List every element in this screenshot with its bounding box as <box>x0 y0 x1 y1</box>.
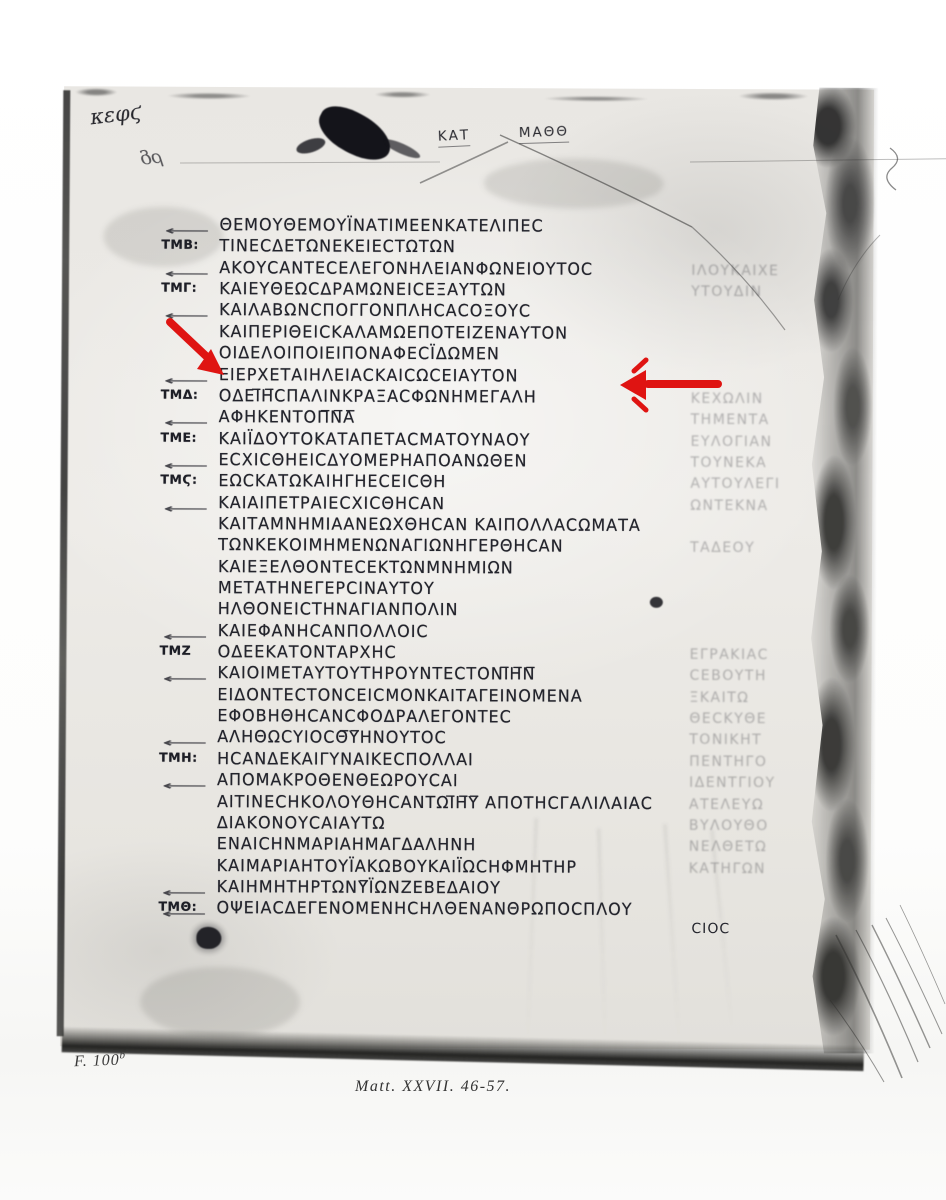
manuscript-page-photo: κεφϛ ρδ ΚΑΤ ΜΑΘΘ ΙΛΟΥΚΑΙΧΕΥΤΟΥΔΙΝΚΕΧΩΛΙΝ… <box>60 86 874 1050</box>
manuscript-line: ΔΙΑΚΟΝΟΥCΑΙΑΥΤΩ <box>217 813 386 833</box>
manuscript-line-text: ΚΑΙΪΔΟΥΤΟΚΑΤΑΠΕΤΑCΜΑΤΟΥΝΑΟΥ <box>219 428 531 449</box>
paraph-arrow-icon: ⟵ <box>162 779 209 794</box>
manuscript-line-text: ΑΙΤΙΝΕCΗΚΟΛΟΥΘΗCΑΝΤΩΙ̅Η̅Υ̅ ΑΠΟΤΗCΓΑΛΙΛΑΙ… <box>217 791 653 813</box>
paraph-arrow-icon: ⟵ <box>164 416 211 431</box>
manuscript-line: ΚΑΙΠΕΡΙΘΕΙCΚΑΛΑΜΩΕΠΟΤΕΙΖΕΝΑΥΤΟΝ <box>219 322 568 343</box>
manuscript-text-block: ⟵ΘΕΜΟΥΘΕΜΟΥΪΝΑΤΙΜΕΕΝΚΑΤΕΛΙΠΕCΤΜΒ:ΤΙΝΕCΔΕ… <box>60 86 874 1050</box>
facsimile-scan: { "photo": { "header": { "kephalaion_not… <box>0 0 946 1200</box>
manuscript-line: ⟵ΕΙΕΡΧΕΤΑΙΗΛΕΙΑCΚΑΙCΩCΕΙΑΥΤΟΝ <box>219 364 519 384</box>
manuscript-line-text: ΔΙΑΚΟΝΟΥCΑΙΑΥΤΩ <box>217 812 386 832</box>
manuscript-line: ΚΑΙΜΑΡΙΑΗΤΟΥΪΑΚΩΒΟΥΚΑΙΪΩCΗΦΜΗΤΗΡ <box>217 855 577 876</box>
manuscript-line: ΤΜϚ:ΕΩCΚΑΤΩΚΑΙΗΓΗΕCΕΙCΘΗ <box>218 471 446 491</box>
eusebian-section-number: ΤΜΗ: <box>159 749 198 764</box>
manuscript-line: ⟵ΑΛΗΘΩCΥΙΟCΘ̅Υ̅ΗΝΟΥΤΟC <box>217 727 447 747</box>
manuscript-line: ⟵ΚΑΙΟΙΜΕΤΑΥΤΟΥΤΗΡΟΥΝΤΕCΤΟΝΙ̅Η̅Ν̅ <box>217 663 535 683</box>
paraph-arrow-icon: ⟵ <box>163 501 210 516</box>
plate-caption: Matt. XXVII. 46-57. <box>355 1078 511 1096</box>
manuscript-line: ⟵ΚΑΙΗΜΗΤΗΡΤΩΝΥ̅ΪΩΝΖΕΒΕΔΑΙΟΥ <box>217 877 501 897</box>
manuscript-line: ⟵ΑΚΟΥCΑΝΤΕCΕΛΕΓΟΝΗΛΕΙΑΝΦΩΝΕΙΟΥΤΟC <box>219 258 593 279</box>
manuscript-line-text: ΟΨΕΙΑCΔΕΓΕΝΟΜΕΝΗCΗΛΘΕΝΑΝΘΡΩΠΟCΠΛΟΥ <box>216 898 632 920</box>
manuscript-line: ΤΜΘ:⟵ΟΨΕΙΑCΔΕΓΕΝΟΜΕΝΗCΗΛΘΕΝΑΝΘΡΩΠΟCΠΛΟΥ <box>216 898 632 919</box>
paraph-arrow-icon: ⟵ <box>162 736 209 751</box>
manuscript-line: ⟵ΑΠΟΜΑΚΡΟΘΕΝΘΕΩΡΟΥCΑΙ <box>217 770 459 790</box>
folio-number: F. 100 <box>74 1052 120 1071</box>
manuscript-line: ΗΛΘΟΝΕΙCΤΗΝΑΓΙΑΝΠΟΛΙΝ <box>218 599 459 619</box>
manuscript-line-text: ΗΛΘΟΝΕΙCΤΗΝΑΓΙΑΝΠΟΛΙΝ <box>218 599 459 620</box>
manuscript-line: ΤΜΔ:ΟΔΕΙ̅Η̅CΠΑΛΙΝΚΡΑΞΑCΦΩΝΗΜΕΓΑΛΗ <box>219 386 537 406</box>
line-continuation: CΙΟC <box>691 921 730 937</box>
manuscript-line: ⟵ΘΕΜΟΥΘΕΜΟΥΪΝΑΤΙΜΕΕΝΚΑΤΕΛΙΠΕC <box>219 215 543 235</box>
manuscript-line-text: ΚΑΙΟΙΜΕΤΑΥΤΟΥΤΗΡΟΥΝΤΕCΤΟΝΙ̅Η̅Ν̅ <box>217 663 535 684</box>
manuscript-line: ΑΙΤΙΝΕCΗΚΟΛΟΥΘΗCΑΝΤΩΙ̅Η̅Υ̅ ΑΠΟΤΗCΓΑΛΙΛΑΙ… <box>217 791 653 812</box>
manuscript-line-text: ΕΙΔΟΝΤΕCΤΟΝCΕΙCΜΟΝΚΑΙΤΑΓΕΙΝΟΜΕΝΑ <box>217 684 582 705</box>
manuscript-line: ΤΜΗ:ΗCΑΝΔΕΚΑΙΓΥΝΑΙΚΕCΠΟΛΛΑΙ <box>217 749 474 769</box>
manuscript-line: ΤΜΕ:ΚΑΙΪΔΟΥΤΟΚΑΤΑΠΕΤΑCΜΑΤΟΥΝΑΟΥ <box>219 428 531 448</box>
manuscript-line-text: ΕCΧΙCΘΗΕΙCΔΥΟΜΕΡΗΑΠΟΑΝΩΘΕΝ <box>218 449 527 470</box>
paraph-arrow-icon: ⟵ <box>163 458 210 473</box>
manuscript-line-text: ΟΔΕΕΚΑΤΟΝΤΑΡΧΗC <box>218 642 397 663</box>
paraph-arrow-icon: ⟵ <box>164 309 211 324</box>
manuscript-line-text: ΚΑΙΗΜΗΤΗΡΤΩΝΥ̅ΪΩΝΖΕΒΕΔΑΙΟΥ <box>217 876 501 897</box>
manuscript-line: ⟵ΑΦΗΚΕΝΤΟΠ̅Ν̅Α̅ <box>219 407 356 427</box>
folio-side: b <box>119 1049 126 1061</box>
manuscript-line-text: ΟΙΔΕΛΟΙΠΟΙΕΙΠΟΝΑΦΕCΪΔΩΜΕΝ <box>219 343 500 364</box>
manuscript-line: ΚΑΙΤΑΜΝΗΜΙΑΑΝΕΩΧΘΗCΑΝ ΚΑΙΠΟΛΛΑCΩΜΑΤΑ <box>218 514 641 535</box>
manuscript-line-text: ΚΑΙΜΑΡΙΑΗΤΟΥΪΑΚΩΒΟΥΚΑΙΪΩCΗΦΜΗΤΗΡ <box>217 855 577 876</box>
manuscript-line: ⟵ΕCΧΙCΘΗΕΙCΔΥΟΜΕΡΗΑΠΟΑΝΩΘΕΝ <box>218 450 527 470</box>
manuscript-line-text: ΚΑΙΑΙΠΕΤΡΑΙΕCΧΙCΘΗCΑΝ <box>218 492 445 513</box>
manuscript-line: ⟵ΚΑΙΕΦΑΝΗCΑΝΠΟΛΛΟΙC <box>218 621 429 641</box>
eusebian-section-number: ΤΜΒ: <box>161 237 199 252</box>
manuscript-line: ΜΕΤΑΤΗΝΕΓΕΡCΙΝΑΥΤΟΥ <box>218 578 435 598</box>
manuscript-line-text: ΑΠΟΜΑΚΡΟΘΕΝΘΕΩΡΟΥCΑΙ <box>217 770 459 791</box>
eusebian-section-number: ΤΜΖ <box>160 643 192 658</box>
paraph-arrow-icon: ⟵ <box>163 629 210 644</box>
manuscript-line-text: ΘΕΜΟΥΘΕΜΟΥΪΝΑΤΙΜΕΕΝΚΑΤΕΛΙΠΕC <box>219 215 543 236</box>
manuscript-line: ΕΙΔΟΝΤΕCΤΟΝCΕΙCΜΟΝΚΑΙΤΑΓΕΙΝΟΜΕΝΑ <box>217 685 582 706</box>
paraph-arrow-icon: ⟵ <box>162 885 209 900</box>
manuscript-line-text: ΚΑΙΕΥΘΕΩCΔΡΑΜΩΝΕΙCΕΞΑΥΤΩΝ <box>219 279 507 300</box>
manuscript-line: ΤΩΝΚΕΚΟΙΜΗΜΕΝΩΝΑΓΙΩΝΗΓΕΡΘΗCΑΝ <box>218 535 564 556</box>
manuscript-line: ⟵ΚΑΙΛΑΒΩΝCΠΟΓΓΟΝΠΛΗCΑCΟΞΟΥC <box>219 300 531 320</box>
manuscript-line-text: ΑΚΟΥCΑΝΤΕCΕΛΕΓΟΝΗΛΕΙΑΝΦΩΝΕΙΟΥΤΟC <box>219 257 593 278</box>
manuscript-line-text: ΤΩΝΚΕΚΟΙΜΗΜΕΝΩΝΑΓΙΩΝΗΓΕΡΘΗCΑΝ <box>218 535 564 556</box>
manuscript-line-text: ΟΔΕΙ̅Η̅CΠΑΛΙΝΚΡΑΞΑCΦΩΝΗΜΕΓΑΛΗ <box>219 385 537 406</box>
manuscript-line: ΤΜΖΟΔΕΕΚΑΤΟΝΤΑΡΧΗC <box>218 642 397 662</box>
manuscript-line-text: ΤΙΝΕCΔΕΤΩΝΕΚΕΙΕCΤΩΤΩΝ <box>219 236 456 257</box>
paraph-arrow-icon: ⟵ <box>162 672 209 687</box>
folio-label: F. 100b <box>74 1049 127 1071</box>
manuscript-line-text: ΚΑΙΠΕΡΙΘΕΙCΚΑΛΑΜΩΕΠΟΤΕΙΖΕΝΑΥΤΟΝ <box>219 321 568 342</box>
eusebian-section-number: ΤΜϚ: <box>160 472 197 487</box>
manuscript-line-text: ΚΑΙΛΑΒΩΝCΠΟΓΓΟΝΠΛΗCΑCΟΞΟΥC <box>219 300 531 321</box>
manuscript-line-text: ΚΑΙΕΞΕΛΘΟΝΤΕCΕΚΤΩΝΜΝΗΜΙΩΝ <box>218 556 514 577</box>
manuscript-line: ΕΦΟΒΗΘΗCΑΝCΦΟΔΡΑΛΕΓΟΝΤΕC <box>217 706 512 726</box>
manuscript-line: ΕΝΑΙCΗΝΜΑΡΙΑΗΜΑΓΔΑΛΗΝΗ <box>217 834 477 854</box>
manuscript-line: ΟΙΔΕΛΟΙΠΟΙΕΙΠΟΝΑΦΕCΪΔΩΜΕΝ <box>219 343 500 363</box>
manuscript-line-text: ΑΛΗΘΩCΥΙΟCΘ̅Υ̅ΗΝΟΥΤΟC <box>217 727 447 748</box>
manuscript-line-text: ΚΑΙΤΑΜΝΗΜΙΑΑΝΕΩΧΘΗCΑΝ ΚΑΙΠΟΛΛΑCΩΜΑΤΑ <box>218 513 641 535</box>
eusebian-section-number: ΤΜΓ: <box>161 280 197 295</box>
eusebian-section-number: ΤΜΕ: <box>161 429 198 444</box>
manuscript-line: ΤΜΓ:ΚΑΙΕΥΘΕΩCΔΡΑΜΩΝΕΙCΕΞΑΥΤΩΝ <box>219 279 507 299</box>
paraph-arrow-icon: ⟵ <box>164 223 211 238</box>
manuscript-line: ⟵ΚΑΙΑΙΠΕΤΡΑΙΕCΧΙCΘΗCΑΝ <box>218 493 445 513</box>
manuscript-line-text: ΕΦΟΒΗΘΗCΑΝCΦΟΔΡΑΛΕΓΟΝΤΕC <box>217 706 512 727</box>
manuscript-line-text: ΕΙΕΡΧΕΤΑΙΗΛΕΙΑCΚΑΙCΩCΕΙΑΥΤΟΝ <box>219 364 519 385</box>
paraph-arrow-icon: ⟵ <box>161 907 208 922</box>
manuscript-line: ΤΜΒ:ΤΙΝΕCΔΕΤΩΝΕΚΕΙΕCΤΩΤΩΝ <box>219 236 456 256</box>
paraph-arrow-icon: ⟵ <box>164 373 211 388</box>
manuscript-line-text: ΕΝΑΙCΗΝΜΑΡΙΑΗΜΑΓΔΑΛΗΝΗ <box>217 834 477 855</box>
manuscript-line-text: ΚΑΙΕΦΑΝΗCΑΝΠΟΛΛΟΙC <box>218 620 429 641</box>
paraph-arrow-icon: ⟵ <box>164 266 211 281</box>
manuscript-line-text: ΜΕΤΑΤΗΝΕΓΕΡCΙΝΑΥΤΟΥ <box>218 578 435 599</box>
manuscript-line-text: ΑΦΗΚΕΝΤΟΠ̅Ν̅Α̅ <box>219 407 356 427</box>
manuscript-line: ΚΑΙΕΞΕΛΘΟΝΤΕCΕΚΤΩΝΜΝΗΜΙΩΝ <box>218 557 514 577</box>
manuscript-line-text: ΕΩCΚΑΤΩΚΑΙΗΓΗΕCΕΙCΘΗ <box>218 471 446 492</box>
eusebian-section-number: ΤΜΔ: <box>161 386 199 401</box>
manuscript-line-text: ΗCΑΝΔΕΚΑΙΓΥΝΑΙΚΕCΠΟΛΛΑΙ <box>217 748 474 769</box>
